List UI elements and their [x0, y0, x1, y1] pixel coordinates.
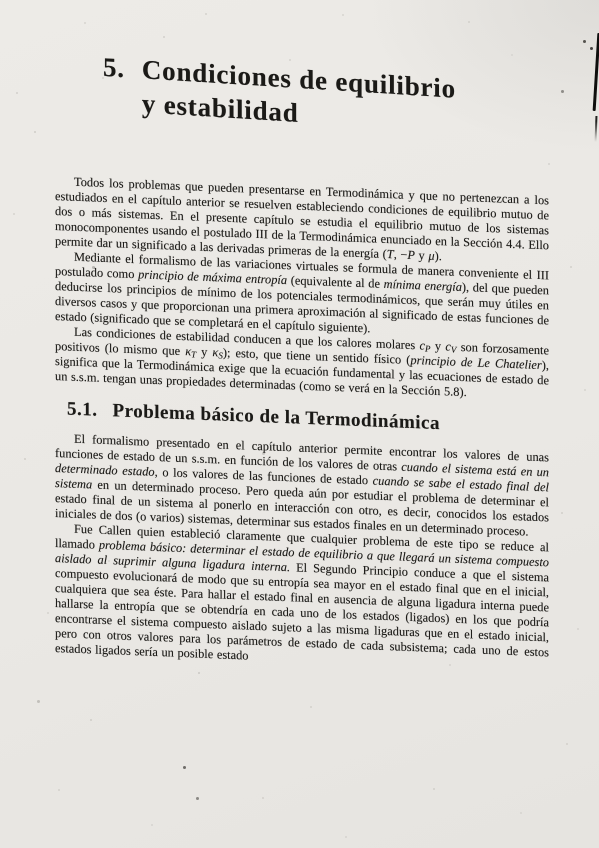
section-number: 5.1.: [67, 398, 98, 420]
section-title: Problema básico de la Termodinámica: [113, 400, 440, 434]
paper-texture-specks: [0, 0, 2, 2]
italic-text-segment: T: [387, 247, 394, 261]
section-paragraphs: El formalismo presentado en el capítulo …: [55, 431, 549, 675]
paper-texture-marks: [0, 0, 3, 3]
scanned-book-page: 5. Condiciones de equilibrio y estabilid…: [0, 0, 599, 848]
chapter-number: 5.: [103, 50, 125, 119]
chapter-title: 5. Condiciones de equilibrio y estabilid…: [103, 50, 549, 146]
chapter-title-text: Condiciones de equilibrio y estabilidad: [142, 52, 456, 139]
text-segment: , −: [394, 247, 408, 262]
chapter-title-line2: y estabilidad: [142, 88, 299, 128]
scan-edge-artifact-tail: [595, 116, 598, 142]
text-segment: El Segundo Principio conduce a que el si…: [55, 560, 549, 662]
text-segment: Todos los problemas que pueden presentar…: [55, 175, 549, 261]
text-segment: ).: [435, 249, 442, 263]
page-content: 5. Condiciones de equilibrio y estabilid…: [55, 46, 549, 675]
text-segment: y: [430, 339, 445, 354]
scan-edge-artifact: [593, 33, 599, 111]
intro-paragraphs: Todos los problemas que pueden presentar…: [55, 174, 549, 403]
text-segment: y: [415, 248, 428, 263]
text-segment: y: [196, 345, 212, 360]
paragraph: Fue Callen quien estableció claramente q…: [55, 521, 549, 675]
italic-text-segment: P: [407, 248, 415, 262]
